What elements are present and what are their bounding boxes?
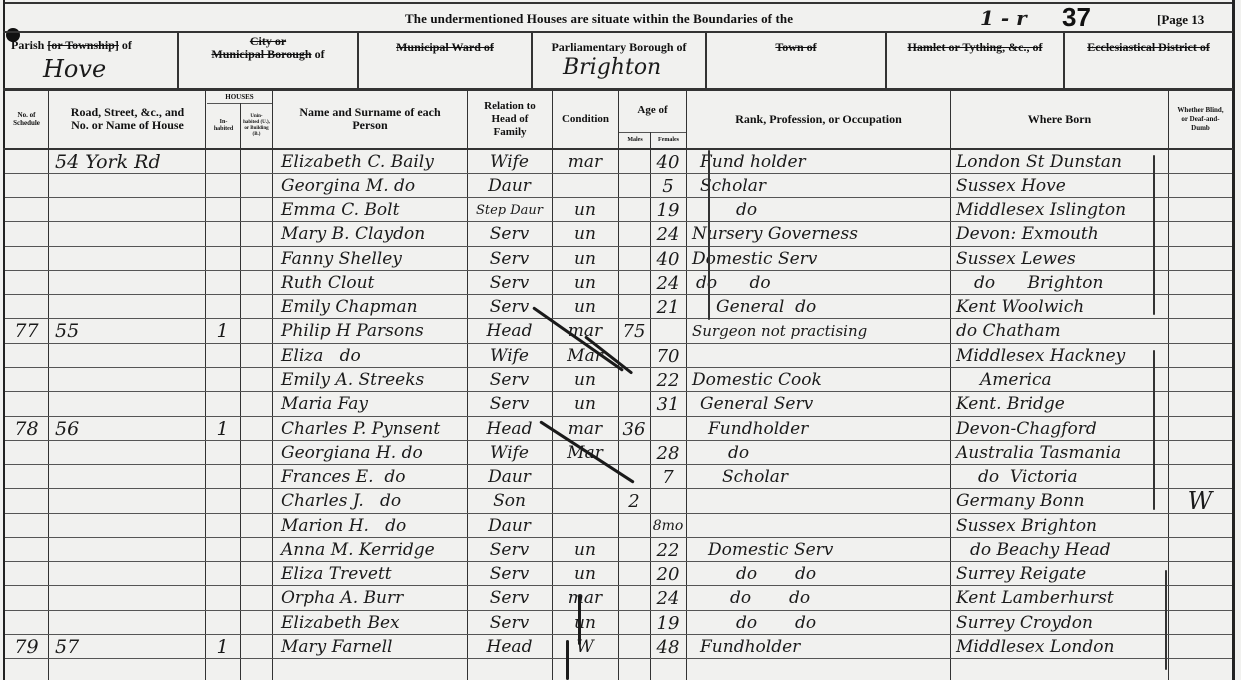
occupation: do do: [686, 587, 994, 610]
condition: un: [552, 539, 618, 562]
census-page: The undermentioned Houses are situate wi…: [0, 0, 1241, 680]
male-age: [618, 612, 650, 635]
table-row: Eliza Trevett Serv un 20 do do Surrey Re…: [5, 563, 1232, 586]
male-age: [618, 223, 650, 246]
inhabited-count: 1: [205, 636, 240, 659]
inhabited-count: [205, 587, 240, 610]
occupation: do do: [686, 272, 960, 295]
occupation: [686, 515, 964, 538]
col-header-blind: Whether Blind, or Deaf-and-Dumb: [1169, 90, 1232, 148]
occupation: Surgeon not practising: [686, 320, 956, 343]
blind-deaf: [1168, 612, 1232, 635]
condition: un: [552, 248, 618, 271]
male-age: [618, 369, 650, 392]
occupation: Fund holder: [686, 151, 964, 174]
female-age: 70: [650, 345, 686, 368]
birthplace: Kent. Bridge: [950, 393, 1174, 416]
road-address: [51, 223, 205, 246]
town-label: Town of: [707, 40, 885, 55]
road-address: [51, 563, 205, 586]
inhabited-count: [205, 563, 240, 586]
table-row: Maria Fay Serv un 31 General Serv Kent. …: [5, 393, 1232, 416]
ecclesiastical-label: Ecclesiastical District of: [1087, 40, 1210, 54]
birthplace: Kent Lamberhurst: [950, 587, 1174, 610]
occupation: Domestic Serv: [686, 539, 972, 562]
condition: un: [552, 393, 618, 416]
female-age: 48: [650, 636, 686, 659]
table-row: Emma C. Bolt Step Daur un 19 do Middlese…: [5, 199, 1232, 222]
table-row: 78 56 1 Charles P. Pynsent Head mar 36 F…: [5, 418, 1232, 441]
female-age: 21: [650, 296, 686, 319]
col-header-age: Age of: [619, 90, 686, 130]
male-age: [618, 199, 650, 222]
city-label-suffix: of: [312, 47, 325, 61]
relation: Daur: [467, 175, 552, 198]
col-header-inhabited: In-habited: [207, 104, 240, 148]
birthplace: Germany Bonn: [950, 490, 1174, 513]
female-age: 24: [650, 223, 686, 246]
male-age: [618, 151, 650, 174]
condition: un: [552, 272, 618, 295]
blind-deaf: [1168, 539, 1232, 562]
birthplace: Middlesex London: [950, 636, 1174, 659]
tally-stroke: [1153, 155, 1155, 315]
relation: Head: [467, 636, 552, 659]
male-age: 36: [618, 418, 650, 441]
road-address: [51, 272, 205, 295]
condition: W: [552, 636, 618, 659]
person-name: Elizabeth C. Baily: [275, 151, 473, 174]
person-name: Eliza do: [275, 345, 473, 368]
relation: Daur: [467, 466, 552, 489]
blind-deaf: [1168, 466, 1232, 489]
blind-deaf: [1168, 151, 1232, 174]
col-header-relation: Relation to Head of Family: [468, 90, 552, 148]
person-name: Philip H Parsons: [275, 320, 473, 343]
road-address: [51, 539, 205, 562]
male-age: [618, 563, 650, 586]
road-address: [51, 369, 205, 392]
schedule-number: [5, 151, 48, 174]
condition: [552, 175, 618, 198]
blind-deaf: [1168, 442, 1232, 465]
folio-mark: 1 - r: [980, 6, 1027, 30]
schedule-number: [5, 563, 48, 586]
inhabited-count: [205, 345, 240, 368]
col-header-schedule: No. of Schedule: [5, 90, 48, 148]
birthplace: Middlesex Hackney: [950, 345, 1174, 368]
blind-deaf: [1168, 345, 1232, 368]
title-row: The undermentioned Houses are situate wi…: [5, 4, 1232, 31]
condition: un: [552, 563, 618, 586]
schedule-number: [5, 442, 48, 465]
parish-label-struck: [or Township]: [47, 38, 118, 52]
tally-stroke: [708, 150, 710, 320]
tally-stroke: [1165, 570, 1167, 670]
schedule-number: [5, 515, 48, 538]
male-age: [618, 272, 650, 295]
hamlet-label: Hamlet or Tything, &c., of: [887, 40, 1063, 55]
person-name: Emily Chapman: [275, 296, 473, 319]
parish-label-prefix: Parish: [11, 38, 47, 52]
birthplace: Devon: Exmouth: [950, 223, 1174, 246]
schedule-number: [5, 369, 48, 392]
inhabited-count: [205, 490, 240, 513]
road-address: 55: [51, 320, 205, 343]
birthplace: London St Dunstan: [950, 151, 1174, 174]
col-header-uninhabited: Unin-habited (U.), or Building (B.): [241, 104, 272, 148]
col-header-occupation: Rank, Profession, or Occupation: [687, 90, 950, 148]
condition: un: [552, 612, 618, 635]
schedule-number: [5, 612, 48, 635]
occupation: Fundholder: [686, 418, 972, 441]
relation: Serv: [467, 587, 552, 610]
inhabited-count: [205, 248, 240, 271]
inhabited-count: [205, 515, 240, 538]
inhabited-count: [205, 369, 240, 392]
col-header-name: Name and Surname of each Person: [274, 90, 466, 148]
table-row: Fanny Shelley Serv un 40 Domestic Serv S…: [5, 248, 1232, 271]
female-age: 7: [650, 466, 686, 489]
condition: un: [552, 223, 618, 246]
blind-deaf: [1168, 369, 1232, 392]
road-address: 54 York Rd: [51, 151, 205, 174]
table-row: Emily Chapman Serv un 21 General do Kent…: [5, 296, 1232, 319]
inhabited-count: [205, 199, 240, 222]
table-row: Frances E. do Daur 7 Scholar do Victoria: [5, 466, 1232, 489]
condition: un: [552, 296, 618, 319]
birthplace: Sussex Brighton: [950, 515, 1174, 538]
person-name: Maria Fay: [275, 393, 473, 416]
blind-deaf: [1168, 587, 1232, 610]
district-town: Town of: [707, 33, 885, 88]
tally-stroke: [578, 595, 581, 645]
female-age: 24: [650, 587, 686, 610]
female-age: 24: [650, 272, 686, 295]
road-address: [51, 175, 205, 198]
female-age: 22: [650, 539, 686, 562]
inhabited-count: [205, 393, 240, 416]
schedule-number: [5, 296, 48, 319]
female-age: 5: [650, 175, 686, 198]
occupation: General Serv: [686, 393, 964, 416]
table-row: Charles J. do Son 2 Germany Bonn W: [5, 490, 1232, 513]
blind-deaf: [1168, 515, 1232, 538]
blind-deaf: [1168, 320, 1232, 343]
female-age: [650, 320, 686, 343]
blind-deaf: [1168, 636, 1232, 659]
condition: mar: [552, 587, 618, 610]
person-name: Emily A. Streeks: [275, 369, 473, 392]
person-name: Fanny Shelley: [275, 248, 473, 271]
occupation: Scholar: [686, 466, 986, 489]
female-age: 20: [650, 563, 686, 586]
road-address: [51, 515, 205, 538]
male-age: [618, 636, 650, 659]
blind-deaf: [1168, 223, 1232, 246]
schedule-number: 77: [5, 320, 48, 343]
male-age: [618, 248, 650, 271]
schedule-number: [5, 248, 48, 271]
birthplace: do Brighton: [950, 272, 1192, 295]
road-address: [51, 490, 205, 513]
occupation: [686, 345, 964, 368]
person-name: Ruth Clout: [275, 272, 473, 295]
relation: Wife: [467, 345, 552, 368]
district-hamlet: Hamlet or Tything, &c., of: [887, 33, 1063, 88]
female-age: [650, 490, 686, 513]
table-row: Anna M. Kerridge Serv un 22 Domestic Ser…: [5, 539, 1232, 562]
female-age: 28: [650, 442, 686, 465]
relation: Serv: [467, 612, 552, 635]
person-name: Marion H. do: [275, 515, 473, 538]
schedule-number: [5, 223, 48, 246]
occupation: [686, 490, 964, 513]
ward-label: Municipal Ward of: [359, 40, 531, 55]
person-name: Eliza Trevett: [275, 563, 473, 586]
district-parliamentary: Parliamentary Borough of Brighton: [533, 33, 705, 88]
road-address: [51, 345, 205, 368]
road-address: 57: [51, 636, 205, 659]
male-age: [618, 296, 650, 319]
occupation: Fundholder: [686, 636, 964, 659]
inhabited-count: [205, 175, 240, 198]
male-age: 2: [618, 490, 650, 513]
person-name: Mary B. Claydon: [275, 223, 473, 246]
blind-deaf: W: [1168, 490, 1232, 513]
relation: Wife: [467, 442, 552, 465]
male-age: 75: [618, 320, 650, 343]
road-address: [51, 466, 205, 489]
person-name: Mary Farnell: [275, 636, 473, 659]
birthplace: Middlesex Islington: [950, 199, 1174, 222]
birthplace: Sussex Lewes: [950, 248, 1174, 271]
relation: Serv: [467, 272, 552, 295]
table-row: Orpha A. Burr Serv mar 24 do do Kent Lam…: [5, 587, 1232, 610]
schedule-number: [5, 539, 48, 562]
birthplace: Surrey Reigate: [950, 563, 1174, 586]
birthplace: Devon-Chagford: [950, 418, 1174, 441]
relation: Step Daur: [467, 199, 552, 222]
person-name: Charles J. do: [275, 490, 473, 513]
birthplace: Sussex Hove: [950, 175, 1174, 198]
female-age: [650, 418, 686, 441]
birthplace: Kent Woolwich: [950, 296, 1174, 319]
district-ecclesiastical: Ecclesiastical District of: [1065, 33, 1232, 88]
district-ward: Municipal Ward of: [359, 33, 531, 88]
road-address: [51, 296, 205, 319]
male-age: [618, 175, 650, 198]
inhabited-count: [205, 151, 240, 174]
blind-deaf: [1168, 393, 1232, 416]
road-address: [51, 199, 205, 222]
birthplace: America: [950, 369, 1198, 392]
birthplace: do Victoria: [950, 466, 1196, 489]
female-age: 19: [650, 612, 686, 635]
condition: mar: [552, 151, 618, 174]
person-name: Elizabeth Bex: [275, 612, 473, 635]
person-name: Anna M. Kerridge: [275, 539, 473, 562]
female-age: 31: [650, 393, 686, 416]
condition: [552, 466, 618, 489]
inhabited-count: [205, 223, 240, 246]
table-row: 77 55 1 Philip H Parsons Head mar 75 Sur…: [5, 320, 1232, 343]
birthplace: Australia Tasmania: [950, 442, 1174, 465]
schedule-number: 79: [5, 636, 48, 659]
person-name: Emma C. Bolt: [275, 199, 473, 222]
relation: Serv: [467, 296, 552, 319]
occupation: General do: [686, 296, 980, 319]
inhabited-count: 1: [205, 320, 240, 343]
parish-value: Hove: [43, 55, 106, 83]
blind-deaf: [1168, 296, 1232, 319]
condition: [552, 490, 618, 513]
road-address: [51, 393, 205, 416]
person-name: Orpha A. Burr: [275, 587, 473, 610]
page-number-label: [Page 13: [1157, 12, 1204, 28]
birthplace: do Chatham: [950, 320, 1174, 343]
relation: Serv: [467, 539, 552, 562]
tally-stroke: [1153, 350, 1155, 510]
table-row: Georgiana H. do Wife Mar 28 do Australia…: [5, 442, 1232, 465]
inhabited-count: [205, 272, 240, 295]
road-address: [51, 248, 205, 271]
blind-deaf: [1168, 563, 1232, 586]
relation: Serv: [467, 248, 552, 271]
district-city: City or Municipal Borough of: [179, 33, 357, 88]
blind-deaf: [1168, 199, 1232, 222]
occupation: Scholar: [686, 175, 964, 198]
relation: Head: [467, 320, 552, 343]
inhabited-count: 1: [205, 418, 240, 441]
inhabited-count: [205, 466, 240, 489]
condition: [552, 515, 618, 538]
female-age: 40: [650, 151, 686, 174]
blind-deaf: [1168, 418, 1232, 441]
page-title: The undermentioned Houses are situate wi…: [405, 11, 793, 27]
condition: un: [552, 369, 618, 392]
road-address: [51, 612, 205, 635]
condition: mar: [552, 320, 618, 343]
occupation: Domestic Cook: [686, 369, 956, 392]
condition: Mar: [552, 442, 618, 465]
relation: Serv: [467, 369, 552, 392]
table-row: Georgina M. do Daur 5 Scholar Sussex Hov…: [5, 175, 1232, 198]
schedule-number: [5, 272, 48, 295]
table-row: Ruth Clout Serv un 24 do do do Brighton: [5, 272, 1232, 295]
person-name: Frances E. do: [275, 466, 473, 489]
birthplace: Surrey Croydon: [950, 612, 1174, 635]
schedule-number: [5, 199, 48, 222]
parliamentary-value: Brighton: [563, 55, 661, 80]
male-age: [618, 393, 650, 416]
folio-number: 37: [1062, 2, 1091, 33]
inhabited-count: [205, 539, 240, 562]
relation: Wife: [467, 151, 552, 174]
col-header-females: Females: [651, 133, 686, 148]
blind-deaf: [1168, 175, 1232, 198]
male-age: [618, 539, 650, 562]
blind-deaf: [1168, 248, 1232, 271]
col-header-houses: HOUSES: [207, 91, 272, 103]
table-row: Mary B. Claydon Serv un 24 Nursery Gover…: [5, 223, 1232, 246]
schedule-number: [5, 490, 48, 513]
person-name: Georgiana H. do: [275, 442, 473, 465]
relation: Son: [467, 490, 552, 513]
female-age: 22: [650, 369, 686, 392]
female-age: 8mo: [650, 515, 686, 538]
female-age: 19: [650, 199, 686, 222]
occupation: Domestic Serv: [686, 248, 956, 271]
schedule-number: [5, 466, 48, 489]
road-address: [51, 442, 205, 465]
inhabited-count: [205, 612, 240, 635]
occupation: Nursery Governess: [686, 223, 956, 246]
schedule-number: [5, 175, 48, 198]
person-name: Charles P. Pynsent: [275, 418, 473, 441]
col-header-road: Road, Street, &c., and No. or Name of Ho…: [50, 90, 205, 148]
district-parish: Parish [or Township] of Hove: [5, 33, 177, 88]
schedule-number: [5, 345, 48, 368]
blind-deaf: [1168, 272, 1232, 295]
road-address: [51, 587, 205, 610]
table-row: Emily A. Streeks Serv un 22 Domestic Coo…: [5, 369, 1232, 392]
person-name: Georgina M. do: [275, 175, 473, 198]
inhabited-count: [205, 442, 240, 465]
table-row: Marion H. do Daur 8mo Sussex Brighton: [5, 515, 1232, 538]
inhabited-count: [205, 296, 240, 319]
relation: Serv: [467, 563, 552, 586]
relation: Serv: [467, 223, 552, 246]
relation: Daur: [467, 515, 552, 538]
parish-label-suffix: of: [119, 38, 132, 52]
female-age: 40: [650, 248, 686, 271]
relation: Serv: [467, 393, 552, 416]
col-header-born: Where Born: [951, 90, 1168, 148]
male-age: [618, 442, 650, 465]
city-label-struck: Municipal Borough: [211, 47, 311, 61]
tally-stroke: [566, 640, 569, 680]
col-header-condition: Condition: [553, 90, 618, 148]
schedule-number: [5, 587, 48, 610]
right-border: [1232, 0, 1235, 680]
occupation: do: [686, 442, 992, 465]
table-row: 79 57 1 Mary Farnell Head W 48 Fundholde…: [5, 636, 1232, 659]
condition: un: [552, 199, 618, 222]
male-age: [618, 515, 650, 538]
table-row: Elizabeth Bex Serv un 19 do do Surrey Cr…: [5, 612, 1232, 635]
table-row: 54 York Rd Elizabeth C. Baily Wife mar 4…: [5, 151, 1232, 174]
birthplace: do Beachy Head: [950, 539, 1188, 562]
male-age: [618, 587, 650, 610]
schedule-number: 78: [5, 418, 48, 441]
col-header-males: Males: [619, 133, 651, 148]
schedule-number: [5, 393, 48, 416]
parliamentary-label: Parliamentary Borough of: [533, 40, 705, 55]
road-address: 56: [51, 418, 205, 441]
